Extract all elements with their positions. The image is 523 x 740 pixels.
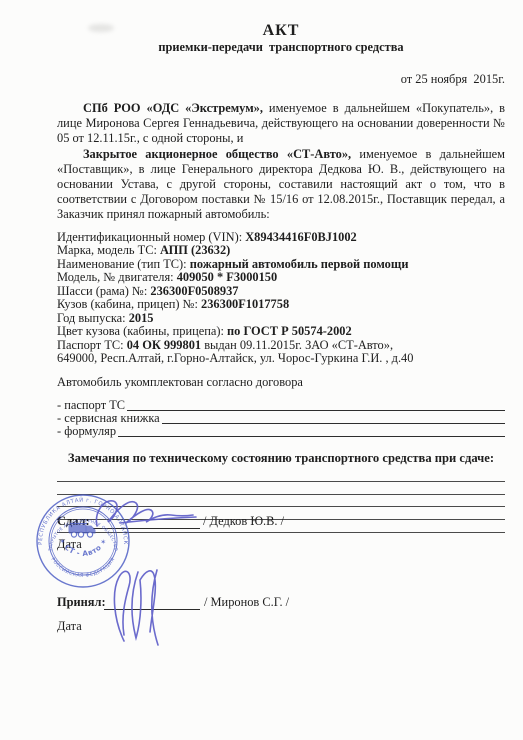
spec-label: Год выпуска:	[57, 311, 129, 325]
spec-value: X89434416F0BJ1002	[245, 230, 357, 244]
spec-label: Марка, модель ТС:	[57, 243, 160, 257]
checklist-label: - сервисная книжка	[57, 412, 160, 425]
spec-label: Шасси (рама) №:	[57, 284, 150, 298]
blank-line	[57, 470, 505, 483]
handed-over-name: / Дедков Ю.В. /	[203, 514, 284, 529]
equipment-line: Автомобиль укомплектован согласно догово…	[57, 375, 505, 390]
spec-label: 649000, Респ.Алтай, г.Горно-Алтайск, ул.…	[57, 351, 413, 365]
document-checklist: - паспорт ТС - сервисная книжка - формул…	[57, 399, 505, 438]
spec-vin: Идентификационный номер (VIN): X89434416…	[57, 231, 505, 245]
fire-truck-icon	[69, 524, 95, 538]
document-content: АКТ приемки-передачи транспортного средс…	[0, 0, 523, 533]
received-date-label: Дата	[57, 619, 82, 634]
company-round-stamp: РЕСПУБЛИКА АЛТАЙ г. ГОРНО-АЛТАЙСК ЗАКРЫТ…	[34, 492, 132, 590]
spec-chassis: Шасси (рама) №: 236300F0508937	[57, 285, 505, 299]
document-date: от 25 ноября 2015г.	[57, 72, 505, 87]
spec-value: 2015	[129, 311, 154, 325]
spec-value: пожарный автомобиль первой помощи	[190, 257, 409, 271]
scan-artifact	[88, 24, 114, 32]
vehicle-specs: Идентификационный номер (VIN): X89434416…	[57, 231, 505, 366]
paragraph-buyer: СПб РОО «ОДС «Экстремум», именуемое в да…	[57, 101, 505, 147]
document-subtitle: приемки-передачи транспортного средства	[57, 40, 505, 55]
checklist-item-passport: - паспорт ТС	[57, 399, 505, 412]
spec-label: Паспорт ТС:	[57, 338, 127, 352]
preamble: СПб РОО «ОДС «Экстремум», именуемое в да…	[57, 101, 505, 223]
spec-engine: Модель, № двигателя: 409050 * F3000150	[57, 271, 505, 285]
buyer-name: СПб РОО «ОДС «Экстремум»,	[83, 101, 263, 115]
stamp-center-text: ✶ СТ - Авто ✶	[57, 536, 109, 558]
stamp-bottom-text: РОССИЙСКАЯ ФЕДЕРАЦИЯ	[49, 557, 116, 579]
checklist-item-service-book: - сервисная книжка	[57, 412, 505, 425]
checklist-label: - формуляр	[57, 425, 116, 438]
paragraph-supplier: Закрытое акционерное общество «СТ-Авто»,…	[57, 147, 505, 223]
spec-year: Год выпуска: 2015	[57, 312, 505, 326]
spec-value: 409050 * F3000150	[177, 270, 278, 284]
spec-label: Цвет кузова (кабины, прицепа):	[57, 324, 227, 338]
received-label: Принял:	[57, 595, 106, 610]
blank-line	[162, 423, 505, 424]
spec-label: Наименование (тип ТС):	[57, 257, 190, 271]
document-title: АКТ	[57, 22, 505, 40]
spec-value: 236300F0508937	[150, 284, 238, 298]
blank-line	[127, 410, 505, 411]
supplier-name: Закрытое акционерное общество «СТ-Авто»,	[83, 147, 351, 161]
spec-body: Кузов (кабина, прицеп) №: 236300F1017758	[57, 298, 505, 312]
spec-type: Наименование (тип ТС): пожарный автомоби…	[57, 258, 505, 272]
spec-label: Идентификационный номер (VIN):	[57, 230, 245, 244]
spec-value: по ГОСТ Р 50574-2002	[227, 324, 352, 338]
spec-make-model: Марка, модель ТС: АПП (23632)	[57, 244, 505, 258]
spec-value: 04 ОК 999801	[127, 338, 201, 352]
blank-line	[118, 436, 505, 437]
remarks-heading: Замечания по техническому состоянию тран…	[57, 451, 505, 466]
spec-label: Модель, № двигателя:	[57, 270, 177, 284]
received-name: / Миронов С.Г. /	[204, 595, 289, 610]
checklist-item-form: - формуляр	[57, 425, 505, 438]
spec-suffix: выдан 09.11.2015г. ЗАО «СТ-Авто»,	[201, 338, 393, 352]
received-signature-line	[104, 608, 200, 610]
spec-color: Цвет кузова (кабины, прицепа): по ГОСТ Р…	[57, 325, 505, 339]
spec-value: 236300F1017758	[201, 297, 289, 311]
spec-passport: Паспорт ТС: 04 ОК 999801 выдан 09.11.201…	[57, 339, 505, 353]
spec-label: Кузов (кабина, прицеп) №:	[57, 297, 201, 311]
checklist-label: - паспорт ТС	[57, 399, 125, 412]
spec-value: АПП (23632)	[160, 243, 230, 257]
document-page: АКТ приемки-передачи транспортного средс…	[0, 0, 523, 740]
spec-address: 649000, Респ.Алтай, г.Горно-Алтайск, ул.…	[57, 352, 505, 366]
